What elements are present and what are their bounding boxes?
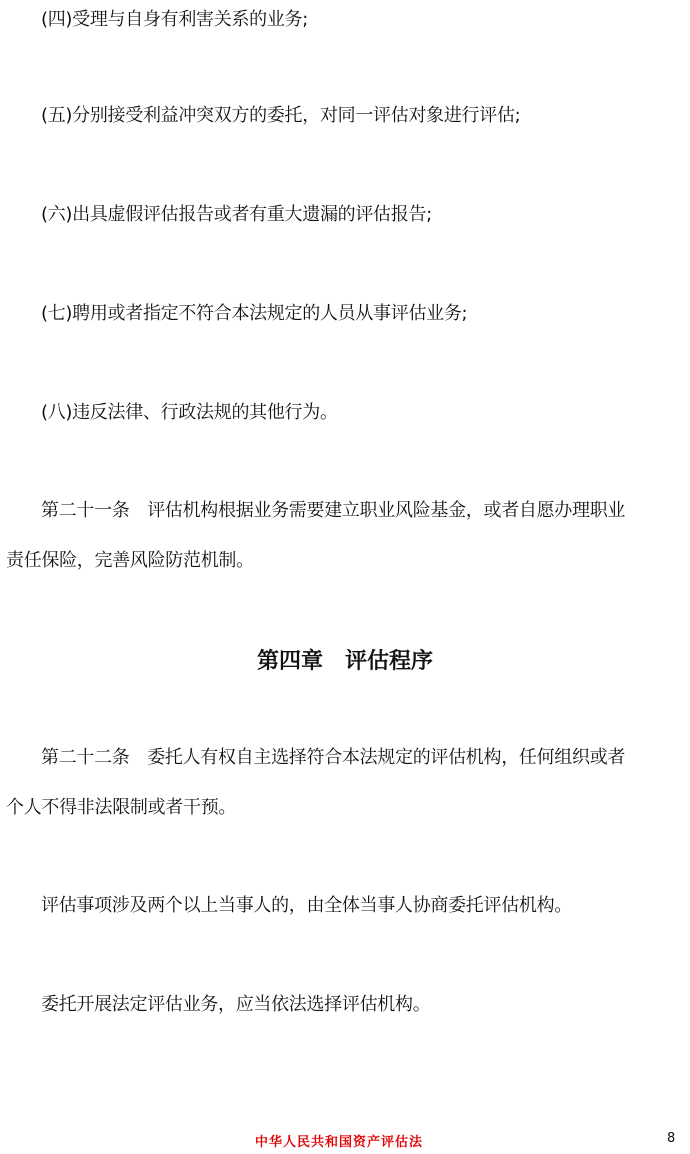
list-item-8: (八)违反法律、行政法规的其他行为。 [41,401,338,425]
chapter-heading: 第四章 评估程序 [0,648,690,676]
article-21-line-1: 第二十一条 评估机构根据业务需要建立职业风险基金，或者自愿办理职业 [41,499,625,523]
article-22-line-1: 第二十二条 委托人有权自主选择符合本法规定的评估机构，任何组织或者 [41,746,625,770]
list-item-6: (六)出具虚假评估报告或者有重大遗漏的评估报告; [41,203,432,227]
list-item-5: (五)分别接受利益冲突双方的委托，对同一评估对象进行评估; [41,104,520,128]
paragraph-joint-parties: 评估事项涉及两个以上当事人的，由全体当事人协商委托评估机构。 [41,894,572,918]
list-item-4: (四)受理与自身有利害关系的业务; [41,8,308,32]
article-22-line-2: 个人不得非法限制或者干预。 [6,796,236,820]
list-item-7: (七)聘用或者指定不符合本法规定的人员从事评估业务; [41,302,467,326]
footer-title: 中华人民共和国资产评估法 [255,1131,423,1150]
paragraph-statutory-evaluation: 委托开展法定评估业务，应当依法选择评估机构。 [41,993,430,1017]
page-number: 8 [667,1131,675,1146]
article-21-line-2: 责任保险，完善风险防范机制。 [6,549,254,573]
